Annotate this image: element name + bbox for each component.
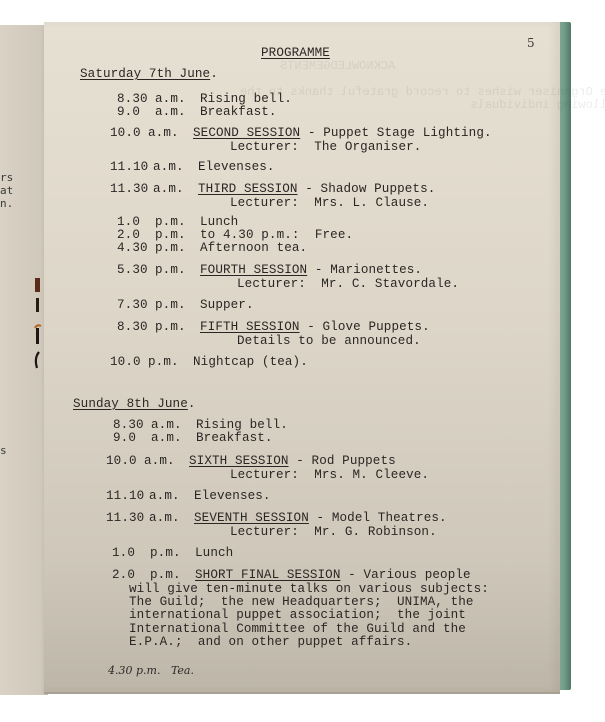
schedule-item: 11.10a.m.Elevenses. <box>110 161 275 174</box>
session-detail: Details to be announced. <box>237 335 421 348</box>
page-title: PROGRAMME <box>261 47 330 60</box>
day-heading: Saturday 7th June. <box>80 68 218 81</box>
session-description-line: E.P.A.; and on other puppet affairs. <box>129 636 412 649</box>
day-heading-text: Saturday 7th June <box>80 67 210 81</box>
item-description: Nightcap (tea). <box>193 355 308 369</box>
schedule-item: 9.0a.m.Breakfast. <box>113 432 273 445</box>
previous-page-fragment: s <box>0 444 7 457</box>
item-period: p.m. <box>155 299 200 312</box>
item-description: Rising bell. <box>200 92 292 106</box>
session-description-line: International Committee of the Guild and… <box>129 623 466 636</box>
item-time: 11.30 <box>110 183 153 196</box>
session-title: SIXTH SESSION <box>189 454 289 468</box>
session-detail: Lecturer: Mrs. L. Clause. <box>230 197 429 210</box>
item-period: a.m. <box>148 127 193 140</box>
item-description: Elevenses. <box>194 489 271 503</box>
session-detail: Lecturer: Mr. G. Robinson. <box>230 526 437 539</box>
punctuation: . <box>210 67 218 81</box>
item-time: 11.10 <box>106 490 149 503</box>
schedule-item: 11.30a.m.SEVENTH SESSION - Model Theatre… <box>106 512 447 525</box>
staple-holes-icon <box>32 278 44 373</box>
item-description: to 4.30 p.m.: Free. <box>200 228 353 242</box>
previous-page-fragment: n. <box>0 197 13 210</box>
page-number: 5 <box>527 36 535 50</box>
item-period: a.m. <box>149 490 194 503</box>
item-description: Rising bell. <box>196 418 288 432</box>
item-period: a.m. <box>149 512 194 525</box>
show-through-text: ACKNOWLEDGEMENTS <box>280 60 395 73</box>
item-description: - Glove Puppets. <box>300 320 430 334</box>
schedule-item: 7.30p.m.Supper. <box>117 299 254 312</box>
item-period: p.m. <box>148 356 193 369</box>
schedule-item: 8.30a.m.Rising bell. <box>113 419 288 432</box>
item-period: a.m. <box>153 183 198 196</box>
session-title: THIRD SESSION <box>198 182 298 196</box>
schedule-item: 11.10a.m.Elevenses. <box>106 490 271 503</box>
schedule-item: 9.0a.m.Breakfast. <box>117 106 277 119</box>
session-title: FOURTH SESSION <box>200 263 307 277</box>
session-title: SEVENTH SESSION <box>194 511 309 525</box>
item-period: a.m. <box>151 419 196 432</box>
item-time: 5.30 <box>117 264 155 277</box>
schedule-item: 11.30a.m.THIRD SESSION - Shadow Puppets. <box>110 183 435 196</box>
item-description: - Shadow Puppets. <box>298 182 436 196</box>
item-time: 2.0 <box>112 569 150 582</box>
item-description: Breakfast. <box>200 105 277 119</box>
item-period: a.m. <box>155 93 200 106</box>
session-detail: Lecturer: The Organiser. <box>230 141 421 154</box>
item-time: 8.30 <box>113 419 151 432</box>
previous-page-fragment: rs <box>0 171 13 184</box>
item-time: 8.30 <box>117 321 155 334</box>
item-description: - Model Theatres. <box>309 511 447 525</box>
item-period: p.m. <box>150 569 195 582</box>
item-description: - Marionettes. <box>307 263 422 277</box>
item-time: 10.0 <box>106 455 144 468</box>
scanned-document: rs at n. s ACKNOWLEDGEMENTS The Organise… <box>0 0 605 722</box>
item-description: Afternoon tea. <box>200 241 307 255</box>
previous-page-fragment: at <box>0 184 13 197</box>
item-description: Supper. <box>200 298 254 312</box>
schedule-item: 10.0p.m.Nightcap (tea). <box>110 356 308 369</box>
schedule-item: 10.0a.m.SECOND SESSION - Puppet Stage Li… <box>110 127 492 140</box>
day-heading: Sunday 8th June. <box>73 398 196 411</box>
item-period: p.m. <box>155 264 200 277</box>
schedule-item: 1.0p.m.Lunch <box>117 216 238 229</box>
item-period: a.m. <box>153 161 198 174</box>
item-description: - Rod Puppets <box>289 454 396 468</box>
item-description: - Puppet Stage Lighting. <box>300 126 491 140</box>
item-time: 1.0 <box>117 216 155 229</box>
item-description: Breakfast. <box>196 431 273 445</box>
item-time: 10.0 <box>110 356 148 369</box>
item-period: p.m. <box>155 216 200 229</box>
item-description: Lunch <box>195 546 233 560</box>
item-period: a.m. <box>151 432 196 445</box>
session-title: SECOND SESSION <box>193 126 300 140</box>
punctuation: . <box>188 397 196 411</box>
session-description-line: will give ten-minute talks on various su… <box>129 583 489 596</box>
item-time: 10.0 <box>110 127 148 140</box>
day-heading-text: Sunday 8th June <box>73 397 188 411</box>
schedule-item: 2.0p.m.SHORT FINAL SESSION - Various peo… <box>112 569 471 582</box>
item-period: a.m. <box>155 106 200 119</box>
item-time: 2.0 <box>117 229 155 242</box>
schedule-item: 10.0a.m.SIXTH SESSION - Rod Puppets <box>106 455 396 468</box>
item-time: 1.0 <box>112 547 150 560</box>
schedule-item: 1.0p.m.Lunch <box>112 547 233 560</box>
item-period: p.m. <box>150 547 195 560</box>
item-period: a.m. <box>144 455 189 468</box>
session-detail: Lecturer: Mr. C. Stavordale. <box>237 278 459 291</box>
session-description-line: The Guild; the new Headquarters; UNIMA, … <box>129 596 474 609</box>
schedule-item: 2.0p.m.to 4.30 p.m.: Free. <box>117 229 353 242</box>
item-description: Lunch <box>200 215 238 229</box>
item-period: p.m. <box>155 242 200 255</box>
item-time: 8.30 <box>117 93 155 106</box>
item-time: 11.10 <box>110 161 153 174</box>
item-period: p.m. <box>155 321 200 334</box>
schedule-item: 8.30a.m.Rising bell. <box>117 93 292 106</box>
handwritten-note: 4.30 p.m. Tea. <box>108 664 194 677</box>
session-description-line: international puppet association; the jo… <box>129 609 466 622</box>
session-title: SHORT FINAL SESSION <box>195 568 341 582</box>
item-time: 4.30 <box>117 242 155 255</box>
item-time: 9.0 <box>113 432 151 445</box>
item-period: p.m. <box>155 229 200 242</box>
session-detail: Lecturer: Mrs. M. Cleeve. <box>230 469 429 482</box>
item-description: Elevenses. <box>198 160 275 174</box>
schedule-item: 8.30p.m.FIFTH SESSION - Glove Puppets. <box>117 321 430 334</box>
item-time: 7.30 <box>117 299 155 312</box>
schedule-item: 5.30p.m.FOURTH SESSION - Marionettes. <box>117 264 422 277</box>
schedule-item: 4.30p.m.Afternoon tea. <box>117 242 307 255</box>
session-title: FIFTH SESSION <box>200 320 300 334</box>
item-time: 11.30 <box>106 512 149 525</box>
show-through-text: The Organiser wishes to record grateful … <box>240 86 605 112</box>
item-description: - Various people <box>341 568 471 582</box>
item-time: 9.0 <box>117 106 155 119</box>
